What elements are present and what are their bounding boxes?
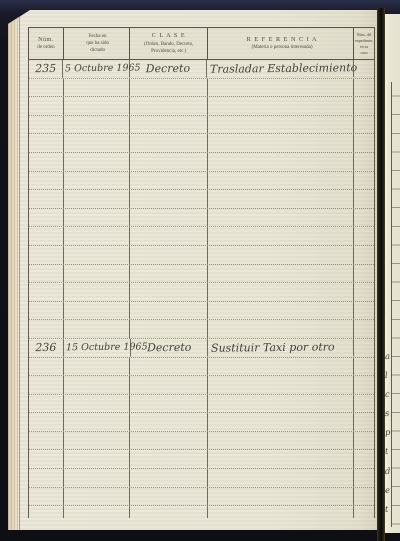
header-num-expediente: Núm. del expediente, en su caso xyxy=(354,28,374,59)
table-row xyxy=(29,413,374,432)
cell-num xyxy=(29,172,64,190)
cell-expediente xyxy=(354,79,374,97)
handwriting-fragment: l xyxy=(385,372,388,381)
cell-num xyxy=(29,320,64,338)
cell-fecha xyxy=(64,302,131,320)
cell-num xyxy=(29,469,64,487)
cell-clase xyxy=(130,320,208,338)
cell-fecha xyxy=(64,358,131,376)
cell-num xyxy=(29,97,64,115)
cell-referencia xyxy=(208,376,354,394)
table-row xyxy=(29,432,374,451)
cell-fecha xyxy=(64,227,131,245)
cell-num xyxy=(29,450,64,468)
header-line: dictado xyxy=(90,47,105,54)
cell-referencia xyxy=(208,116,354,134)
cell-referencia xyxy=(208,172,354,190)
cell-fecha: 15 Octubre 1965 xyxy=(64,339,131,357)
handwriting-fragment: d xyxy=(385,468,391,477)
header-referencia: R E F E R E N C I A (Materia o persona i… xyxy=(208,28,354,59)
cell-clase xyxy=(130,432,208,450)
cell-clase xyxy=(130,358,208,376)
facing-page-table-border xyxy=(391,82,392,527)
cell-expediente xyxy=(354,339,374,357)
cell-fecha xyxy=(64,153,131,171)
table-row xyxy=(29,246,374,265)
cell-referencia xyxy=(208,153,354,171)
cell-referencia xyxy=(208,506,354,518)
header-line: Núm. xyxy=(38,36,54,44)
ledger-page: Núm. de orden Fecha en que ha sido dicta… xyxy=(8,10,377,530)
cell-expediente xyxy=(354,488,374,506)
header-line: R E F E R E N C I A xyxy=(247,36,318,45)
cell-referencia xyxy=(208,488,354,506)
cell-fecha xyxy=(64,395,131,413)
table-row xyxy=(29,302,374,321)
cell-expediente xyxy=(354,450,374,468)
handwriting-fragment: t xyxy=(385,506,389,515)
table-row: 2355 Octubre 1965DecretoTrasladar Establ… xyxy=(29,60,374,79)
table-row xyxy=(29,450,374,469)
header-line: de orden xyxy=(37,44,54,51)
cell-num xyxy=(29,395,64,413)
cell-num: 236 xyxy=(29,339,64,357)
cell-num xyxy=(29,432,64,450)
cell-num xyxy=(29,376,64,394)
table-header-row: Núm. de orden Fecha en que ha sido dicta… xyxy=(28,27,375,60)
cell-num xyxy=(29,79,64,97)
table-row xyxy=(29,283,374,302)
handwriting-fragment: s xyxy=(385,410,390,419)
cell-clase xyxy=(130,190,208,208)
cell-referencia xyxy=(208,450,354,468)
header-line: que ha sido xyxy=(86,40,109,47)
cell-fecha xyxy=(64,283,131,301)
cell-fecha: 5 Octubre 1965 xyxy=(63,60,130,78)
handwriting-fragment: a xyxy=(385,353,391,362)
cell-clase xyxy=(130,283,208,301)
cell-num xyxy=(29,506,64,518)
cell-expediente xyxy=(354,469,374,487)
header-fecha: Fecha en que ha sido dictado xyxy=(64,28,131,59)
table-row xyxy=(29,172,374,191)
cell-fecha xyxy=(64,134,131,152)
cell-fecha xyxy=(64,265,131,283)
table-row xyxy=(29,134,374,153)
cell-referencia xyxy=(208,134,354,152)
header-line: C L A S E xyxy=(152,32,186,41)
cell-num: 235 xyxy=(29,60,64,78)
cell-clase xyxy=(130,469,208,487)
cell-expediente xyxy=(354,376,374,394)
table-row xyxy=(29,209,374,228)
cell-num xyxy=(29,488,64,506)
cell-clase xyxy=(130,227,208,245)
decree-register-table: Núm. de orden Fecha en que ha sido dicta… xyxy=(28,27,375,518)
header-clase: C L A S E (Orden, Bando, Decreto, Provid… xyxy=(130,28,208,59)
cell-expediente xyxy=(354,358,374,376)
header-line: Providencia, etc.) xyxy=(151,48,186,55)
cell-expediente xyxy=(354,153,374,171)
cell-clase: Decreto xyxy=(131,339,209,357)
cell-referencia xyxy=(208,246,354,264)
cell-fecha xyxy=(64,246,131,264)
cell-fecha xyxy=(64,413,131,431)
cell-clase xyxy=(130,450,208,468)
cell-clase xyxy=(130,302,208,320)
table-row: 23615 Octubre 1965DecretoSustituir Taxi … xyxy=(29,339,374,358)
handwriting-fragment: e xyxy=(385,487,391,496)
cell-expediente xyxy=(354,302,374,320)
table-body: 2355 Octubre 1965DecretoTrasladar Establ… xyxy=(28,60,375,518)
cell-expediente xyxy=(354,265,374,283)
cell-referencia xyxy=(208,190,354,208)
cell-fecha xyxy=(64,172,131,190)
cell-clase xyxy=(130,246,208,264)
cell-expediente xyxy=(354,172,374,190)
header-line: Fecha en xyxy=(89,33,107,40)
cell-clase xyxy=(130,172,208,190)
cell-referencia xyxy=(208,209,354,227)
cell-num xyxy=(29,134,64,152)
cell-fecha xyxy=(64,469,131,487)
cell-clase xyxy=(130,488,208,506)
cell-num xyxy=(29,265,64,283)
cell-num xyxy=(29,246,64,264)
table-row xyxy=(29,376,374,395)
cell-clase xyxy=(130,116,208,134)
cell-expediente xyxy=(354,116,374,134)
cell-clase: Decreto xyxy=(130,60,207,78)
cell-clase xyxy=(130,395,208,413)
cell-fecha xyxy=(64,79,131,97)
cell-num xyxy=(29,190,64,208)
cell-expediente xyxy=(354,320,374,338)
table-row xyxy=(29,469,374,488)
book-gutter-shadow xyxy=(377,8,385,541)
cell-num xyxy=(29,358,64,376)
cell-referencia xyxy=(208,432,354,450)
cell-expediente xyxy=(354,413,374,431)
cell-expediente xyxy=(354,190,374,208)
cell-clase xyxy=(130,376,208,394)
cell-fecha xyxy=(64,488,131,506)
cell-fecha xyxy=(64,116,131,134)
table-row xyxy=(29,227,374,246)
cell-fecha xyxy=(64,506,131,518)
cell-expediente xyxy=(354,283,374,301)
registry-book-scan: Núm. de orden Fecha en que ha sido dicta… xyxy=(0,0,400,541)
cell-num xyxy=(29,302,64,320)
cell-num xyxy=(29,227,64,245)
cell-referencia xyxy=(208,265,354,283)
cell-fecha xyxy=(64,97,131,115)
table-row xyxy=(29,265,374,284)
cell-expediente xyxy=(354,506,374,518)
cell-expediente xyxy=(354,60,374,78)
cell-referencia xyxy=(208,469,354,487)
cell-referencia xyxy=(208,283,354,301)
cell-expediente xyxy=(354,97,374,115)
cell-clase xyxy=(130,97,208,115)
cell-referencia: Sustituir Taxi por otro xyxy=(208,338,354,357)
cell-clase xyxy=(130,265,208,283)
cell-referencia xyxy=(208,302,354,320)
cell-clase xyxy=(130,506,208,518)
table-row xyxy=(29,116,374,135)
cell-referencia xyxy=(208,395,354,413)
cell-clase xyxy=(130,153,208,171)
cell-fecha xyxy=(64,432,131,450)
cell-referencia xyxy=(208,358,354,376)
header-line: caso xyxy=(361,50,368,56)
cell-expediente xyxy=(354,134,374,152)
cell-expediente xyxy=(354,209,374,227)
header-line: (Orden, Bando, Decreto, xyxy=(144,41,193,48)
cell-clase xyxy=(130,79,208,97)
cell-clase xyxy=(130,209,208,227)
cell-num xyxy=(29,116,64,134)
handwriting-fragment: t xyxy=(385,448,389,457)
cell-num xyxy=(29,153,64,171)
cell-fecha xyxy=(64,376,131,394)
handwriting-fragment: c xyxy=(385,391,390,400)
table-row xyxy=(29,320,374,339)
cell-clase xyxy=(130,413,208,431)
cell-expediente xyxy=(354,246,374,264)
cell-fecha xyxy=(64,320,131,338)
cell-fecha xyxy=(64,450,131,468)
table-row xyxy=(29,97,374,116)
cell-referencia xyxy=(208,79,354,97)
cell-expediente xyxy=(354,395,374,413)
table-row xyxy=(29,488,374,507)
cell-clase xyxy=(130,134,208,152)
page-stack-edge xyxy=(8,10,20,530)
cell-expediente xyxy=(354,432,374,450)
cell-num xyxy=(29,283,64,301)
table-row xyxy=(29,395,374,414)
table-row xyxy=(29,190,374,209)
facing-page-sliver: alcsptdet xyxy=(385,14,400,533)
cell-referencia xyxy=(208,97,354,115)
cell-fecha xyxy=(64,190,131,208)
facing-page-rule-lines xyxy=(391,78,400,525)
cell-num xyxy=(29,413,64,431)
cell-expediente xyxy=(354,227,374,245)
table-row xyxy=(29,153,374,172)
cell-num xyxy=(29,209,64,227)
header-num-orden: Núm. de orden xyxy=(29,28,64,59)
table-row xyxy=(29,79,374,98)
table-row-tail xyxy=(29,506,374,518)
cell-referencia xyxy=(208,227,354,245)
cell-fecha xyxy=(64,209,131,227)
cell-referencia xyxy=(208,413,354,431)
header-line: (Materia o persona interesada) xyxy=(252,44,313,51)
handwriting-fragment: p xyxy=(385,429,391,438)
table-row xyxy=(29,358,374,377)
cell-referencia: Trasladar Establecimiento xyxy=(207,59,354,78)
cell-referencia xyxy=(208,320,354,338)
